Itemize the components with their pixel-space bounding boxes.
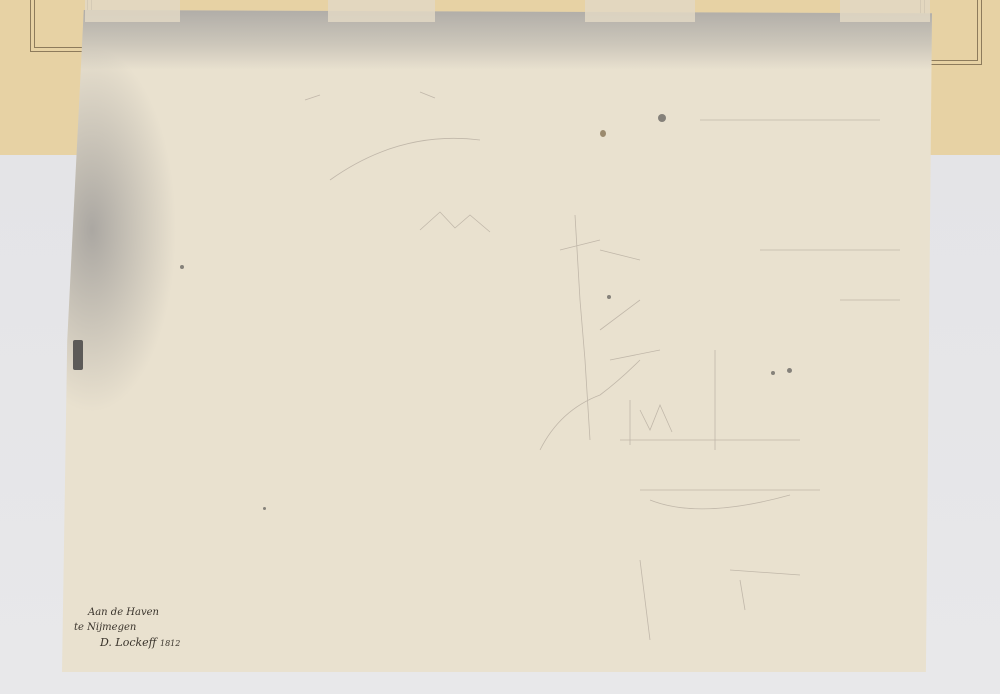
foxing-spot [771,371,775,375]
foxing-spot [600,130,606,137]
foxing-spot [263,507,266,510]
pencil-sketch [0,0,1000,694]
foxing-spot [787,368,792,373]
foxing-spot [658,114,666,122]
handwritten-inscription: Aan de Haven te Nijmegen D. Lockeff 1812 [70,605,180,651]
inscription-year: 1812 [160,639,180,648]
foxing-spot [607,295,611,299]
inscription-line-1: Aan de Haven [70,605,180,620]
inscription-line-2: te Nijmegen [70,620,180,635]
inscription-line-3: D. Lockeff 1812 [70,635,180,651]
foxing-spot [73,340,83,370]
foxing-spot [180,265,184,269]
signature: D. Lockeff [100,636,156,649]
